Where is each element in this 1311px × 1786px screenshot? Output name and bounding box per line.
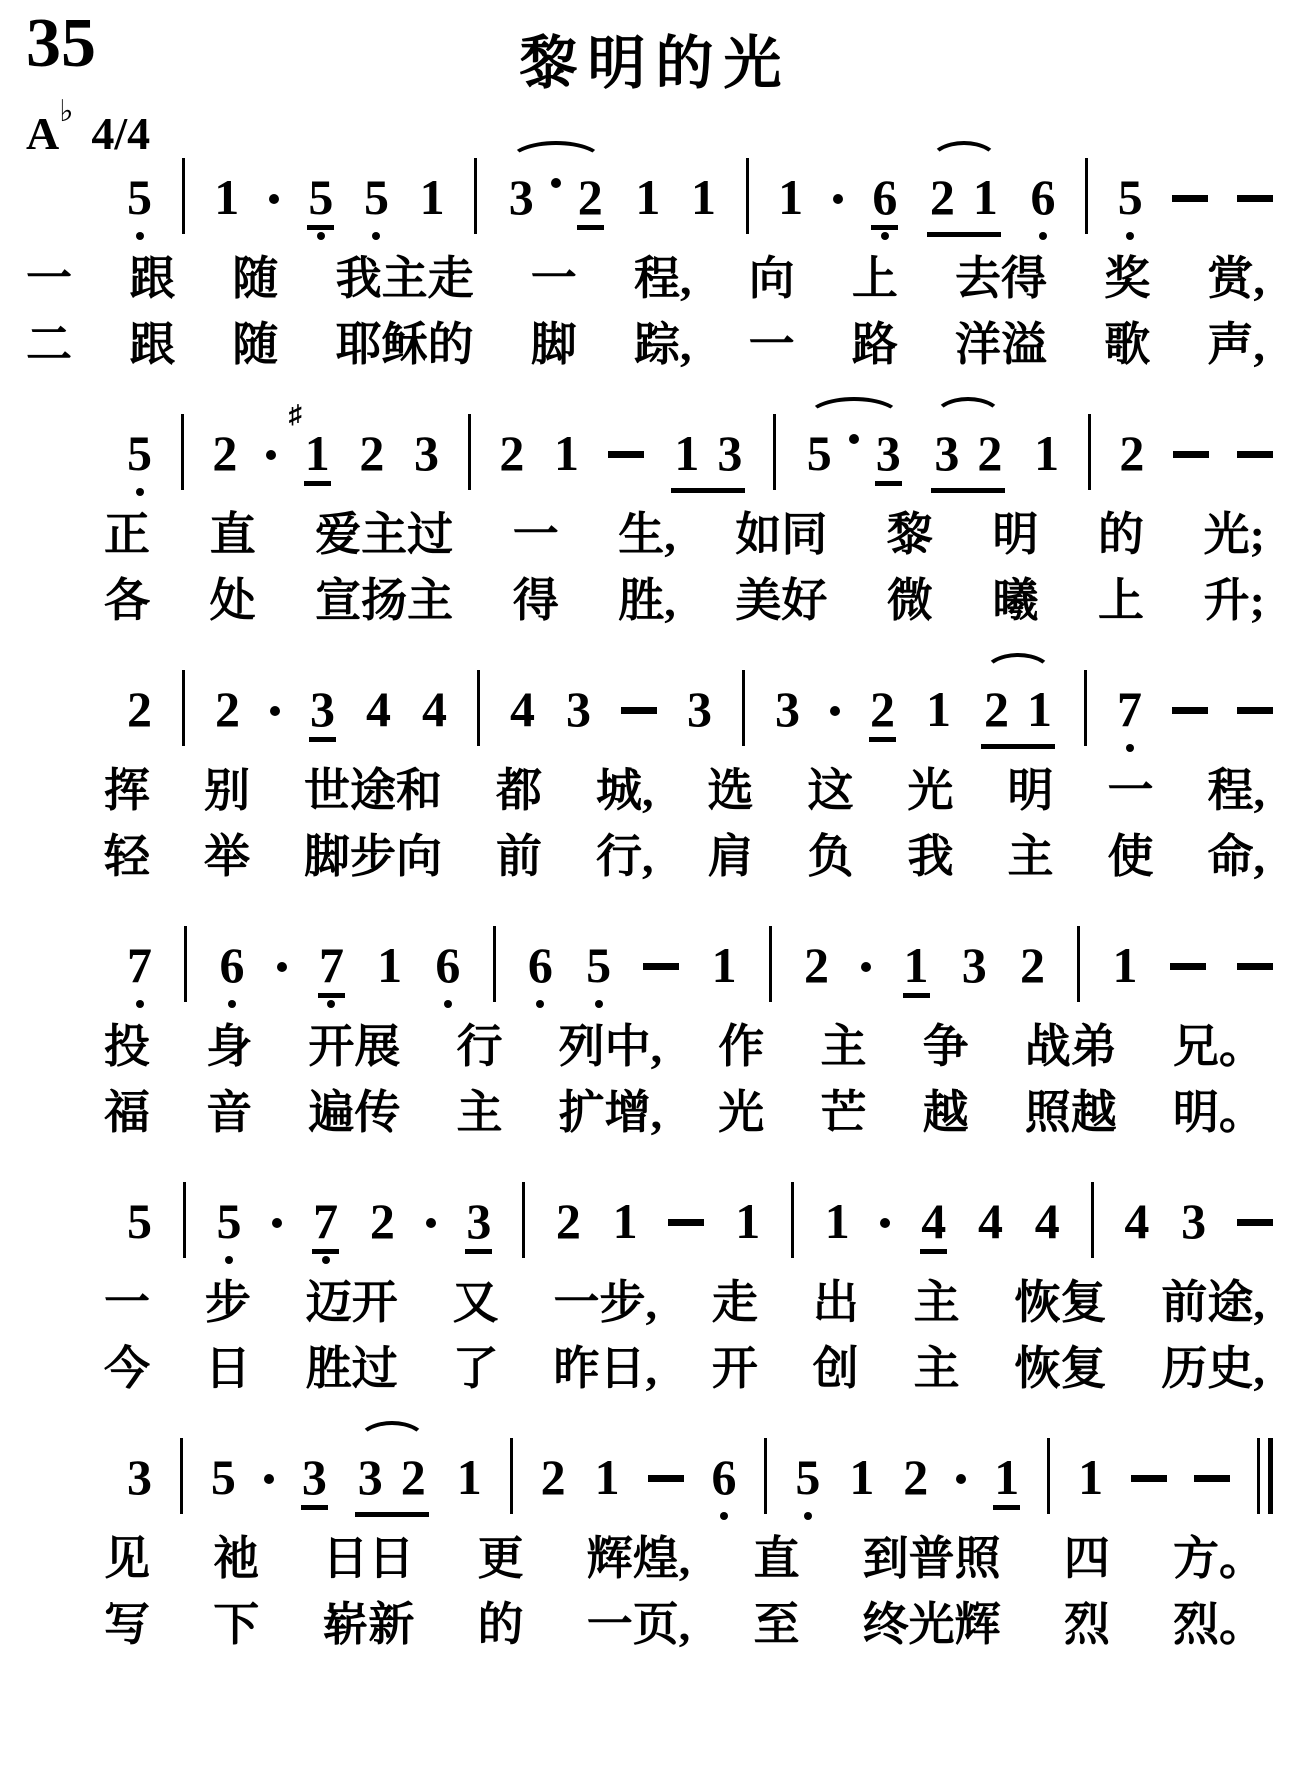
lyric-syllable: 主: [456, 1090, 502, 1136]
system: 22344433321217挥别世途和都城,选这光明一程,轻举脚步向前行,肩负我…: [0, 640, 1311, 890]
note-digit: 4: [1035, 1195, 1060, 1248]
lyric-syllable: 芒: [820, 1090, 866, 1136]
note: 1: [925, 683, 952, 743]
barline: [769, 926, 772, 1002]
barline: [181, 414, 184, 490]
lyric-syllable: 更: [478, 1536, 524, 1582]
note: 4: [365, 683, 392, 743]
lyric-syllable: 黎: [887, 512, 933, 558]
lyric-syllable: 直: [210, 512, 256, 558]
lyric-syllable: 方。: [1173, 1536, 1265, 1582]
lyric-syllable: 跟: [129, 256, 175, 302]
note-digit: 4: [422, 683, 447, 736]
lyric-syllable: 恢复: [1015, 1346, 1107, 1392]
note: 2: [555, 1195, 582, 1255]
note: 5: [1117, 171, 1144, 231]
note: 7: [312, 1195, 339, 1255]
augmentation-dot: [830, 706, 840, 716]
note-digit: 2: [401, 1451, 426, 1504]
lyric-syllable: 迈开: [306, 1280, 398, 1326]
note: 4: [1034, 1195, 1061, 1255]
sheet-music-page: 35 黎明的光 A♭4/4 515513211162165一跟随我主走一程,向上…: [0, 0, 1311, 1786]
lyric-syllable: 洋溢: [955, 322, 1047, 368]
note-digit: 3: [876, 427, 901, 480]
note-digit: 2: [1119, 427, 1144, 480]
note: 5: [126, 427, 153, 487]
barline: [182, 158, 185, 234]
note-digit: 5: [807, 427, 832, 480]
slur-group: 32: [931, 427, 1005, 494]
lyric-syllable: 正: [104, 512, 150, 558]
note: 3: [875, 427, 902, 487]
note: 3: [565, 683, 592, 743]
augmentation-dot: [849, 434, 859, 444]
lyric-syllable: 一步,: [554, 1280, 658, 1326]
dash-note: [1237, 1219, 1273, 1226]
note: 4: [977, 1195, 1004, 1255]
system: 52♯1232113533212正直爱主过一生,如同黎明的光;各处宣扬主得胜,美…: [0, 384, 1311, 634]
note-digit: 1: [377, 939, 402, 992]
note-digit: 3: [509, 171, 534, 224]
notation-line: 55723211144443: [0, 1152, 1311, 1270]
system: 7671665121321投身开展行列中,作主争战弟兄。福音遍传主扩增,光芒越照…: [0, 896, 1311, 1146]
note: 2: [214, 683, 241, 743]
lyric-syllable: 行,: [596, 834, 654, 880]
lyric-syllable: 祂: [213, 1536, 259, 1582]
lyric-syllable: 胜过: [306, 1346, 398, 1392]
note-digit: 7: [127, 939, 152, 992]
note: 1: [848, 1451, 875, 1511]
note: 6: [434, 939, 461, 999]
lyric-syllable: 一: [26, 256, 72, 302]
note: ♯1: [304, 427, 331, 487]
lyric-syllable: 向: [749, 256, 795, 302]
note: 4: [421, 683, 448, 743]
lyric-syllable: 别: [204, 768, 250, 814]
note-digit: 2: [541, 1451, 566, 1504]
lyric-line: 正直爱主过一生,如同黎明的光;: [0, 502, 1311, 568]
note: 7: [126, 939, 153, 999]
note-digit: 5: [586, 939, 611, 992]
barline: [746, 158, 749, 234]
lyric-syllable: 崭新: [322, 1602, 414, 1648]
note-digit: 1: [904, 939, 929, 992]
lyric-syllable: 前: [496, 834, 542, 880]
note: 5: [794, 1451, 821, 1511]
dash-note: [648, 1475, 684, 1482]
note-digit: 1: [305, 427, 330, 480]
lyric-syllable: 开: [712, 1346, 758, 1392]
lyric-syllable: 脚步向: [304, 834, 442, 880]
lyric-syllable: 耶稣的: [336, 322, 474, 368]
note: 2: [976, 427, 1003, 487]
note: 1: [1111, 939, 1138, 999]
augmentation-dot: [277, 962, 287, 972]
note-digit: 2: [804, 939, 829, 992]
lyric-syllable: 走: [712, 1280, 758, 1326]
lyric-syllable: 一: [531, 256, 577, 302]
note: 2: [577, 171, 604, 231]
lyric-line: 见祂日日更辉煌,直到普照四方。: [0, 1526, 1311, 1592]
lyric-syllable: 日: [205, 1346, 251, 1392]
note: 2: [498, 427, 525, 487]
note-digit: 1: [595, 1451, 620, 1504]
note: 1: [634, 171, 661, 231]
note-digit: 3: [414, 427, 439, 480]
lyric-syllable: 生,: [618, 512, 676, 558]
barline: [764, 1438, 767, 1514]
dash-note: [668, 1219, 704, 1226]
note-digit: 4: [510, 683, 535, 736]
note: 2: [358, 427, 385, 487]
lyric-syllable: 主: [914, 1346, 960, 1392]
note-digit: 1: [926, 683, 951, 736]
lyric-syllable: 挥: [104, 768, 150, 814]
key-signature: A♭4/4: [26, 94, 150, 160]
lyric-syllable: 都: [496, 768, 542, 814]
note-digit: 3: [775, 683, 800, 736]
lyric-syllable: 随: [232, 256, 278, 302]
note: 1: [734, 1195, 761, 1255]
note: 1: [553, 427, 580, 487]
lyric-syllable: 开展: [308, 1024, 400, 1070]
flat-accidental-icon: ♭: [59, 95, 73, 128]
note-digit: 1: [735, 1195, 760, 1248]
note: 1: [673, 427, 700, 487]
augmentation-dot: [861, 962, 871, 972]
lyric-line: 一步迈开又一步,走出主恢复前途,: [0, 1270, 1311, 1336]
augmentation-dot: [426, 1218, 436, 1228]
barline: [510, 1438, 513, 1514]
note: 1: [1033, 427, 1060, 487]
lyric-syllable: 战弟: [1025, 1024, 1117, 1070]
lyric-syllable: 四: [1064, 1536, 1110, 1582]
lyric-syllable: 一: [104, 1280, 150, 1326]
note-digit: 1: [973, 171, 998, 224]
note: 1: [824, 1195, 851, 1255]
lyric-syllable: 使: [1108, 834, 1154, 880]
note-digit: 4: [921, 1195, 946, 1248]
lyric-syllable: 福: [104, 1090, 150, 1136]
hymn-number: 35: [26, 4, 96, 84]
note: 3: [126, 1451, 153, 1511]
note: 3: [774, 683, 801, 743]
dash-note: [1172, 707, 1208, 714]
note: 2: [369, 1195, 396, 1255]
note-digit: 2: [370, 1195, 395, 1248]
note-digit: 1: [778, 171, 803, 224]
lyric-syllable: 主: [820, 1024, 866, 1070]
notation-line: 22344433321217: [0, 640, 1311, 758]
note: 5: [363, 171, 390, 231]
lyric-syllable: 我: [908, 834, 954, 880]
note: 3: [357, 1451, 384, 1511]
note-digit: 6: [872, 171, 897, 224]
lyric-line: 投身开展行列中,作主争战弟兄。: [0, 1014, 1311, 1080]
barline: [474, 158, 477, 234]
dash-note: [1170, 963, 1206, 970]
note: 2: [902, 1451, 929, 1511]
dash-note: [1237, 451, 1273, 458]
note: 5: [806, 427, 833, 487]
lyric-syllable: 升;: [1204, 578, 1265, 624]
lyric-syllable: 美好: [735, 578, 827, 624]
note: 1: [1026, 683, 1053, 743]
lyric-syllable: 二: [26, 322, 72, 368]
note-digit: 1: [825, 1195, 850, 1248]
barline: [182, 670, 185, 746]
lyric-syllable: 一: [513, 512, 559, 558]
notation-line: 35332121651211: [0, 1408, 1311, 1526]
note-digit: 5: [217, 1195, 242, 1248]
note: 2: [540, 1451, 567, 1511]
slur-group: 53: [804, 427, 904, 494]
barline: [773, 414, 776, 490]
note-digit: 2: [556, 1195, 581, 1248]
lyric-syllable: 明: [1008, 768, 1054, 814]
slur-group: 32: [506, 171, 606, 238]
barline: [180, 1438, 183, 1514]
lyric-line: 今日胜过了昨日,开创主恢复历史,: [0, 1336, 1311, 1402]
lyric-syllable: 直: [753, 1536, 799, 1582]
lyric-syllable: 越: [923, 1090, 969, 1136]
note: 3: [301, 1451, 328, 1511]
augmentation-dot: [272, 1218, 282, 1228]
lyric-syllable: 光;: [1204, 512, 1265, 558]
note-digit: 7: [319, 939, 344, 992]
barline: [1257, 1438, 1260, 1514]
note: 2: [126, 683, 153, 743]
lyric-syllable: 世途和: [304, 768, 442, 814]
barline: [1084, 670, 1087, 746]
lyric-syllable: 一页,: [587, 1602, 691, 1648]
lyric-syllable: 昨日,: [554, 1346, 658, 1392]
note: 2: [983, 683, 1010, 743]
note: 1: [419, 171, 446, 231]
augmentation-dot: [551, 178, 561, 188]
note-digit: 3: [962, 939, 987, 992]
note: 6: [1030, 171, 1057, 231]
lyric-syllable: 胜,: [618, 578, 676, 624]
note-digit: 5: [795, 1451, 820, 1504]
lyric-syllable: 奖: [1104, 256, 1150, 302]
dash-note: [608, 451, 644, 458]
note: 2: [803, 939, 830, 999]
barline: [1085, 158, 1088, 234]
note-digit: 1: [691, 171, 716, 224]
note-digit: 2: [930, 171, 955, 224]
lyric-syllable: 投: [104, 1024, 150, 1070]
note-digit: 5: [127, 427, 152, 480]
note-digit: 5: [127, 171, 152, 224]
note-digit: 6: [711, 1451, 736, 1504]
note-digit: 7: [1117, 683, 1142, 736]
dash-note: [1237, 707, 1273, 714]
note: 5: [216, 1195, 243, 1255]
lyric-syllable: 出: [813, 1280, 859, 1326]
lyric-syllable: 上: [852, 256, 898, 302]
note: 1: [456, 1451, 483, 1511]
note-digit: 2: [127, 683, 152, 736]
lyric-syllable: 身: [206, 1024, 252, 1070]
slur-group: 21: [981, 683, 1055, 750]
barline: [1091, 1182, 1094, 1258]
note-digit: 3: [717, 427, 742, 480]
barline: [742, 670, 745, 746]
lyric-syllable: 城,: [596, 768, 654, 814]
note-digit: 3: [687, 683, 712, 736]
lyric-syllable: 日日: [322, 1536, 414, 1582]
note: 2: [869, 683, 896, 743]
lyric-syllable: 轻: [104, 834, 150, 880]
lyric-syllable: 了: [453, 1346, 499, 1392]
augmentation-dot: [880, 1218, 890, 1228]
barline: [468, 414, 471, 490]
slur-group: 32: [355, 1451, 429, 1518]
end-barline: [1257, 1438, 1273, 1514]
note-digit: 5: [308, 171, 333, 224]
note: 5: [307, 171, 334, 231]
lyric-syllable: 我主走: [336, 256, 474, 302]
lyric-line: 写下崭新的一页,至终光辉烈烈。: [0, 1592, 1311, 1658]
note-digit: 1: [849, 1451, 874, 1504]
lyric-line: 二跟随耶稣的脚踪,一路洋溢歌声,: [0, 312, 1311, 378]
lyric-line: 各处宣扬主得胜,美好微曦上升;: [0, 568, 1311, 634]
note-digit: 6: [528, 939, 553, 992]
barline: [1047, 1438, 1050, 1514]
note-digit: 1: [214, 171, 239, 224]
note-digit: 2: [215, 683, 240, 736]
note: 3: [686, 683, 713, 743]
note: 1: [612, 1195, 639, 1255]
note: 3: [413, 427, 440, 487]
barline: [477, 670, 480, 746]
lyric-syllable: 赏,: [1207, 256, 1265, 302]
note-digit: 3: [358, 1451, 383, 1504]
augmentation-dot: [956, 1474, 966, 1484]
note-digit: 1: [1027, 683, 1052, 736]
dash-note: [1194, 1475, 1230, 1482]
note-digit: 4: [1124, 1195, 1149, 1248]
lyric-syllable: 扩增,: [559, 1090, 663, 1136]
note-digit: 6: [435, 939, 460, 992]
lyric-syllable: 音: [206, 1090, 252, 1136]
lyric-syllable: 到普照: [863, 1536, 1001, 1582]
lyric-syllable: 争: [923, 1024, 969, 1070]
barline: [522, 1182, 525, 1258]
note: 1: [376, 939, 403, 999]
note-digit: 1: [1034, 427, 1059, 480]
notation-line: 515513211162165: [0, 128, 1311, 246]
augmentation-dot: [269, 194, 279, 204]
note-digit: 1: [420, 171, 445, 224]
slur-group: 21: [927, 171, 1001, 238]
lyric-syllable: 处: [210, 578, 256, 624]
note: 7: [318, 939, 345, 999]
lyric-syllable: 的: [478, 1602, 524, 1648]
note: 4: [509, 683, 536, 743]
note: 6: [871, 171, 898, 231]
notation-line: 52♯1232113533212: [0, 384, 1311, 502]
lyric-syllable: 负: [808, 834, 854, 880]
score: 515513211162165一跟随我主走一程,向上去得奖赏,二跟随耶稣的脚踪,…: [0, 128, 1311, 1658]
key-letter: A: [26, 108, 59, 159]
note-digit: 2: [977, 427, 1002, 480]
note: 1: [1077, 1451, 1104, 1511]
barline: [1088, 414, 1091, 490]
lyric-syllable: 肩: [708, 834, 754, 880]
note: 2: [211, 427, 238, 487]
note: 1: [594, 1451, 621, 1511]
lyric-syllable: 前途,: [1161, 1280, 1265, 1326]
lyric-syllable: 光: [718, 1090, 764, 1136]
lyric-syllable: 下: [213, 1602, 259, 1648]
note: 3: [1180, 1195, 1207, 1255]
lyric-syllable: 爱主过: [315, 512, 453, 558]
note-digit: 1: [994, 1451, 1019, 1504]
note-digit: 4: [978, 1195, 1003, 1248]
note-digit: 3: [466, 1195, 491, 1248]
barline: [493, 926, 496, 1002]
augmentation-dot: [270, 706, 280, 716]
lyric-syllable: 烈: [1064, 1602, 1110, 1648]
lyric-syllable: 踪,: [634, 322, 692, 368]
note-digit: 5: [211, 1451, 236, 1504]
note: 3: [309, 683, 336, 743]
dash-note: [1172, 195, 1208, 202]
lyric-syllable: 如同: [735, 512, 827, 558]
note: 6: [218, 939, 245, 999]
note-digit: 1: [457, 1451, 482, 1504]
note: 6: [527, 939, 554, 999]
note-digit: 2: [212, 427, 237, 480]
lyric-syllable: 又: [453, 1280, 499, 1326]
lyric-syllable: 程,: [1208, 768, 1266, 814]
lyric-syllable: 行: [456, 1024, 502, 1070]
lyric-syllable: 至: [753, 1602, 799, 1648]
lyric-syllable: 路: [852, 322, 898, 368]
lyric-syllable: 遍传: [308, 1090, 400, 1136]
note-digit: 3: [302, 1451, 327, 1504]
lyric-syllable: 脚: [531, 322, 577, 368]
note-digit: 5: [127, 1195, 152, 1248]
note-digit: 1: [1112, 939, 1137, 992]
note-digit: 2: [984, 683, 1009, 736]
note: 2: [400, 1451, 427, 1511]
barline: [791, 1182, 794, 1258]
lyric-syllable: 照越: [1025, 1090, 1117, 1136]
barline: [183, 1182, 186, 1258]
lyric-syllable: 今: [104, 1346, 150, 1392]
note: 3: [961, 939, 988, 999]
lyric-syllable: 各: [104, 578, 150, 624]
lyric-syllable: 的: [1098, 512, 1144, 558]
lyric-syllable: 随: [232, 322, 278, 368]
note-digit: 3: [1181, 1195, 1206, 1248]
dash-note: [1237, 195, 1273, 202]
note: 1: [711, 939, 738, 999]
note: 4: [1123, 1195, 1150, 1255]
augmentation-dot: [266, 450, 276, 460]
note: 1: [690, 171, 717, 231]
note-digit: 2: [1020, 939, 1045, 992]
lyric-syllable: 列中,: [559, 1024, 663, 1070]
note-digit: 3: [566, 683, 591, 736]
dash-note: [1237, 963, 1273, 970]
lyric-syllable: 上: [1098, 578, 1144, 624]
barline: [1268, 1438, 1273, 1514]
lyric-syllable: 主: [1008, 834, 1054, 880]
